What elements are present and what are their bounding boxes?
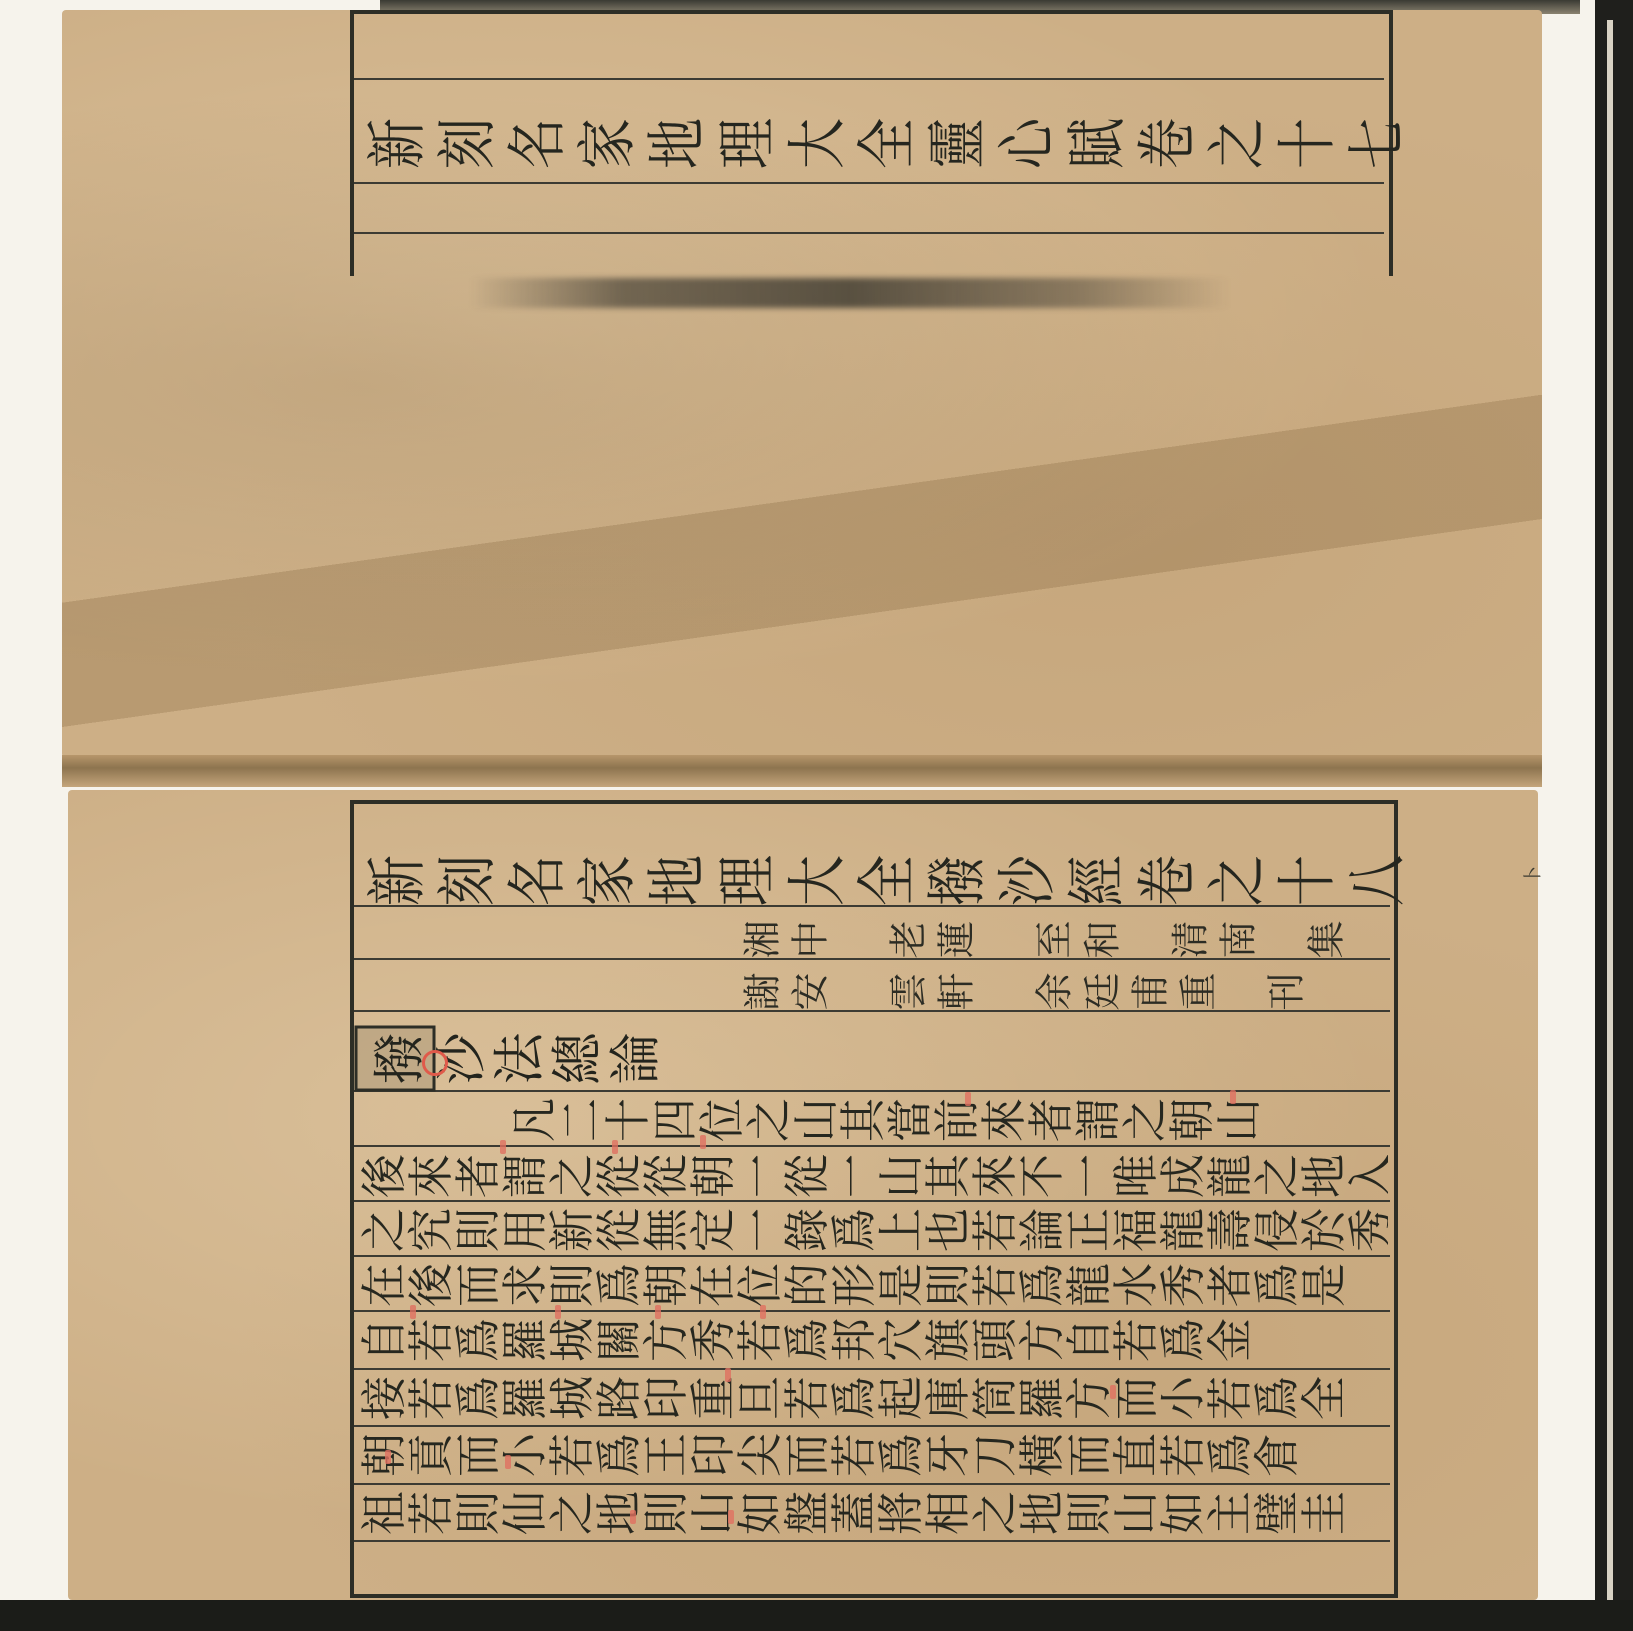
credit-char: 蓮 <box>926 920 981 958</box>
red-punctuation-mark <box>725 1368 731 1382</box>
book-gutter <box>62 755 1542 787</box>
credit-line-upper: 湘 中 老 蓮 至 和 清 南 集 <box>740 912 1342 967</box>
right-scan-border <box>1595 0 1633 1631</box>
red-punctuation-mark <box>1110 1385 1116 1399</box>
credit-char: 至 <box>1024 920 1079 958</box>
body-char: 是 <box>1286 1263 1353 1307</box>
credit-char: 安 <box>780 972 835 1010</box>
heading-char: 論 <box>594 1032 675 1084</box>
red-punctuation-mark <box>1230 1090 1236 1104</box>
credit-char: 甫 <box>1120 972 1175 1010</box>
body-column-7: 朝貢而小若爲王印尖而若爲牙刀橫而直若爲倉 <box>358 1429 1388 1481</box>
title-char: 八 <box>1330 850 1416 906</box>
body-char: 入 <box>1333 1154 1388 1198</box>
body-rule-6 <box>354 1425 1390 1427</box>
credit-char: 謝 <box>732 972 787 1010</box>
red-circle-annotation <box>422 1050 448 1076</box>
body-char: 金 <box>1192 1318 1259 1362</box>
red-punctuation-mark <box>555 1305 561 1319</box>
body-char: 全 <box>1286 1376 1353 1420</box>
red-punctuation-mark <box>965 1092 971 1106</box>
body-rule-7 <box>354 1483 1390 1485</box>
red-punctuation-mark <box>612 1140 618 1154</box>
body-rule-8 <box>354 1540 1390 1542</box>
upper-column-rule <box>354 232 1384 234</box>
red-punctuation-mark <box>505 1455 511 1469</box>
credit-char: 中 <box>780 920 835 958</box>
red-punctuation-mark <box>410 1305 416 1319</box>
body-column-3: 之究則用新從無定一錄爲上也若論正福龍壽侵於秀 <box>358 1204 1388 1256</box>
red-punctuation-mark <box>728 1510 734 1524</box>
lower-page-title: 新 刻 名 家 地 理 大 全 撥 沙 經 卷 之 十 八 <box>360 835 1406 921</box>
body-char: 山 <box>1201 1098 1268 1142</box>
credit-char: 余 <box>1024 972 1079 1010</box>
credit-char: 廷 <box>1072 972 1127 1010</box>
credit-char: 軒 <box>926 972 981 1010</box>
right-page-edge <box>1607 20 1613 1610</box>
body-column-5: 自若爲羅城關方秀若爲邦穴旗頭方自若爲金 <box>358 1314 1388 1366</box>
bottom-scan-border <box>0 1600 1633 1631</box>
credit-line-lower: 謝 安 雲 軒 余 廷 甫 重 刊 <box>740 964 1302 1019</box>
red-punctuation-mark <box>655 1305 661 1319</box>
body-column-8: 祖若則仙之地則山如盤蓋將相之地則山如主璧圭 <box>358 1487 1388 1539</box>
red-punctuation-mark <box>500 1140 506 1154</box>
red-punctuation-mark <box>385 1450 391 1464</box>
margin-mark: 卜 <box>1519 866 1545 884</box>
credit-char: 清 <box>1160 920 1215 958</box>
ink-bleed-smudge <box>470 278 1230 308</box>
body-char: 秀 <box>1333 1208 1388 1252</box>
credit-char: 老 <box>878 920 933 958</box>
body-char: 圭 <box>1286 1491 1353 1535</box>
section-heading: 撥 沙 法 總 論 <box>362 1018 660 1099</box>
credit-char: 集 <box>1296 920 1351 958</box>
upper-title-rule-top <box>354 78 1384 80</box>
red-punctuation-mark <box>630 1510 636 1524</box>
title-char: 七 <box>1330 113 1416 169</box>
body-column-2: 後來者謂之從從朝一從一山其來不一唯成龍之地入 <box>358 1150 1388 1202</box>
red-punctuation-mark <box>700 1135 706 1149</box>
body-column-4: 在後而求則爲朝在位的形是則若爲龍水秀者爲是 <box>358 1259 1388 1311</box>
credit-char: 湘 <box>732 920 787 958</box>
upper-page-title: 新 刻 名 家 地 理 大 全 靈 心 賦 卷 之 十 七 <box>360 98 1406 184</box>
credit-char: 刊 <box>1256 972 1311 1010</box>
body-column-6: 接若爲羅城路印重旦若爲起庫筒羅方而小若爲全 <box>358 1372 1388 1424</box>
body-rule-5 <box>354 1368 1390 1370</box>
red-punctuation-mark <box>760 1305 766 1319</box>
credit-char: 雲 <box>878 972 933 1010</box>
body-char: 倉 <box>1239 1433 1306 1477</box>
